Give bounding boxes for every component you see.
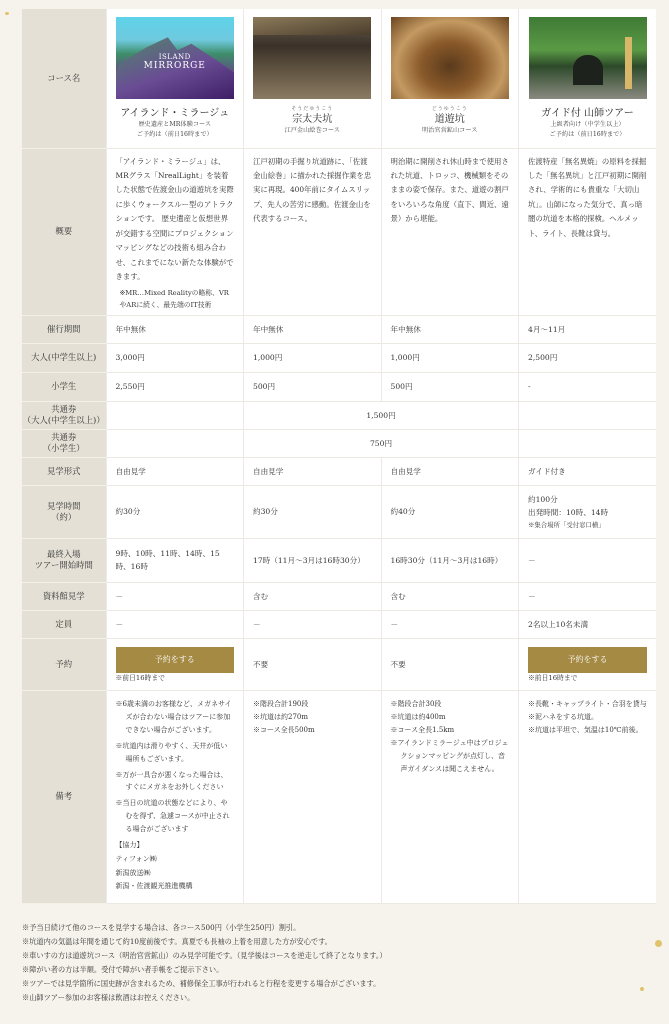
course-cell-soudayu: そうだゆうこう 宗太夫坑 江戸金山絵巻コース [244,9,382,148]
reservation-note: ※前日16時まで [116,673,235,684]
row-common-ticket-adult: 共通券 （大人(中学生以上)） 1,500円 [22,401,656,429]
course-name: 宗太夫坑 [252,113,373,126]
course-name: 道遊坑 [390,113,511,126]
footnote: ※山師ツアー参加のお客様は飲酒はお控えください。 [22,991,642,1005]
row-period: 催行期間 年中無休 年中無休 年中無休 4月～11月 [22,315,656,343]
cooperation-list: 【協力】 ティフォン㈱ 新潟放送㈱ 新潟・佐渡観光推進機構 [116,839,235,894]
reservation-not-required: 不要 [381,638,519,690]
course-ruby: どうゆうこう [390,107,511,112]
capacity: － [244,610,382,638]
reservation-not-required: 不要 [244,638,382,690]
remarks-list: ※長靴・キャップライト・合羽を貸与 ※泥ハネをする坑道。 ※坑道は平坦で、気温は… [528,698,647,737]
course-subtitle: 江戸金山絵巻コース [252,126,373,136]
row-overview: 概要 「アイランド・ミラージュ」は、MRグラス「NrealLight」を装着した… [22,148,656,315]
decorative-sparkle [655,940,662,947]
capacity: － [381,610,519,638]
remark-item: ※坑道内は滑りやすく、天井が低い場所もございます。 [116,740,235,766]
row-duration: 見学時間 （約） 約30分 約30分 約40分 約100分 出発時間：10時、1… [22,485,656,538]
course-cell-yamashi-tour: ガイド付 山師ツアー 上級者向け（中学生以上） ご予約は（前日16時まで） [519,9,657,148]
footnote: ※障がい者の方は半額。受付で障がい者手帳をご提示下さい。 [22,963,642,977]
row-reservation: 予約 予約をする ※前日16時まで 不要 不要 予約をする ※前日16時まで [22,638,656,690]
row-header-common-child: 共通券 （小学生） [22,429,106,457]
reservation-note: ※前日16時まで [528,673,647,684]
child-price: 2,550円 [106,372,244,401]
row-header-last-entry: 最終入場 ツアー開始時間 [22,538,106,582]
reserve-button-island-mirage[interactable]: 予約をする [116,647,235,673]
course-subtitle: 上級者向け（中学生以上） [527,120,648,130]
remark-item: ※坑道は約270m [253,711,372,724]
footnote: ※ツアーでは見学箇所に国史跡が含まれるため、補修保全工事が行われると行程を変更す… [22,977,642,991]
remark-item: ※階段合計190段 [253,698,372,711]
course-subtitle: 歴史遺産とMR体験コース [115,120,236,130]
row-header-duration: 見学時間 （約） [22,485,106,538]
remarks-list: ※6歳未満のお客様など、メガネサイズが合わない場合はツアーに参加できない場合がご… [116,698,235,836]
visit-format: 自由見学 [106,457,244,485]
course-subtitle: 明治官営鉱山コース [390,126,511,136]
visit-duration: 約30分 [244,485,382,538]
row-header-adult: 大人(中学生以上) [22,343,106,372]
remark-item: ※コース全長500m [253,724,372,737]
visit-duration: 約40分 [381,485,519,538]
row-header-child: 小学生 [22,372,106,401]
last-entry-time: 9時、10時、11時、14時、15時、16時 [106,538,244,582]
footnotes: ※予当日続けて他のコースを見学する場合は、各コース500円（小学生250円）割引… [22,921,642,1005]
last-entry-time: － [519,538,657,582]
remarks-list: ※階段合計30段 ※坑道は約400m ※コース全長1.5km ※アイランドミラー… [391,698,510,776]
last-entry-time: 16時30分（11月～3月は16時） [381,538,519,582]
row-course-name: コース名 ISLAND MIRRORGE アイランド・ミラージュ 歴史遺産とMR… [22,9,656,148]
remark-item: ※アイランドミラージュ中はプロジェクションマッピングが点灯し、音声ガイダンスは聞… [391,737,510,776]
douyu-mine-image [391,17,509,99]
child-price: 500円 [381,372,519,401]
capacity: 2名以上10名未満 [519,610,657,638]
course-period: 年中無休 [381,315,519,343]
remark-item: ※坑道は約400m [391,711,510,724]
course-ruby: そうだゆうこう [252,107,373,112]
cooperation-item: ティフォン㈱ [116,853,235,867]
visit-format: 自由見学 [244,457,382,485]
row-adult-price: 大人(中学生以上) 3,000円 1,000円 1,000円 2,500円 [22,343,656,372]
common-ticket-adult-price: 1,500円 [244,401,519,429]
decorative-sparkle [5,12,9,15]
common-ticket-empty [519,429,657,457]
course-name: ガイド付 山師ツアー [527,107,648,120]
row-header-format: 見学形式 [22,457,106,485]
adult-price: 1,000円 [244,343,382,372]
remark-item: ※長靴・キャップライト・合羽を貸与 [528,698,647,711]
course-reservation-deadline: ご予約は（前日16時まで） [115,130,236,140]
yamashi-tour-image [529,17,647,99]
footnote: ※坑道内の気温は年間を通じて約10度前後です。真夏でも長袖の上着を用意した方が安… [22,935,642,949]
visit-duration: 約30分 [106,485,244,538]
common-ticket-child-price: 750円 [244,429,519,457]
row-header-common-adult: 共通券 （大人(中学生以上)） [22,401,106,429]
course-cell-douyu: どうゆうこう 道遊坑 明治官営鉱山コース [381,9,519,148]
remark-item: ※6歳未満のお客様など、メガネサイズが合わない場合はツアーに参加できない場合がご… [116,698,235,737]
row-header-museum: 資料館見学 [22,582,106,610]
footnote: ※車いすの方は道遊坑コース（明治官営鉱山）のみ見学可能です。（見学後はコースを逆… [22,949,642,963]
adult-price: 3,000円 [106,343,244,372]
remark-item: ※万が一具合が悪くなった場合は、すぐにメガネをお外しください [116,769,235,795]
museum-visit: 含む [381,582,519,610]
adult-price: 1,000円 [381,343,519,372]
remark-item: ※坑道は平坦で、気温は10℃前後。 [528,724,647,737]
visit-format: 自由見学 [381,457,519,485]
row-common-ticket-child: 共通券 （小学生） 750円 [22,429,656,457]
course-reservation-deadline: ご予約は（前日16時まで） [527,130,648,140]
common-ticket-empty [519,401,657,429]
child-price: - [519,372,657,401]
museum-visit: 含む [244,582,382,610]
course-overview: 江戸初期の手掘り坑道跡に、「佐渡金山絵巻」に描かれた採掘作業を忠実に再現。400… [253,155,372,227]
child-price: 500円 [244,372,382,401]
row-header-capacity: 定員 [22,610,106,638]
remarks-list: ※階段合計190段 ※坑道は約270m ※コース全長500m [253,698,372,737]
departure-times: 出発時間：10時、14時 [528,506,647,519]
remark-item: ※泥ハネをする坑道。 [528,711,647,724]
museum-visit: － [519,582,657,610]
course-overview: 明治期に開削され休山時まで使用された坑道、トロッコ、機械類をそのままの姿で保存。… [391,155,510,227]
footnote: ※予当日続けて他のコースを見学する場合は、各コース500円（小学生250円）割引… [22,921,642,935]
island-mirage-image: ISLAND MIRRORGE [116,17,234,99]
meeting-place-note: ※集合場所「受付窓口横」 [528,520,647,531]
row-header-overview: 概要 [22,148,106,315]
reserve-button-yamashi-tour[interactable]: 予約をする [528,647,647,673]
row-remarks: 備考 ※6歳未満のお客様など、メガネサイズが合わない場合はツアーに参加できない場… [22,690,656,903]
remark-item: ※当日の坑道の状態などにより、やむを得ず、急遽コースが中止される場合がございます [116,797,235,836]
course-overview: 佐渡特産「無名異焼」の原料を採掘した「無名異坑」と江戸初期に開削され、学術的にも… [528,155,647,242]
remark-item: ※コース全長1.5km [391,724,510,737]
course-overview: 「アイランド・ミラージュ」は、MRグラス「NrealLight」を装着した状態で… [116,155,235,285]
adult-price: 2,500円 [519,343,657,372]
island-mirage-logo: ISLAND MIRRORGE [116,53,234,72]
common-ticket-empty [106,429,244,457]
course-overview-note: ※MR…Mixed Realityの略称、VRやARに続く、最先端のIT技術 [116,288,235,310]
course-comparison-table: コース名 ISLAND MIRRORGE アイランド・ミラージュ 歴史遺産とMR… [22,9,656,904]
visit-format: ガイド付き [519,457,657,485]
row-header-remarks: 備考 [22,690,106,903]
row-format: 見学形式 自由見学 自由見学 自由見学 ガイド付き [22,457,656,485]
row-header-reservation: 予約 [22,638,106,690]
cooperation-item: 新潟放送㈱ [116,867,235,881]
row-header-period: 催行期間 [22,315,106,343]
visit-duration-guided: 約100分 出発時間：10時、14時 ※集合場所「受付窓口横」 [519,485,657,538]
common-ticket-empty [106,401,244,429]
course-cell-island-mirage: ISLAND MIRRORGE アイランド・ミラージュ 歴史遺産とMR体験コース… [106,9,244,148]
museum-visit: － [106,582,244,610]
row-capacity: 定員 － － － 2名以上10名未満 [22,610,656,638]
remark-item: ※階段合計30段 [391,698,510,711]
row-last-entry: 最終入場 ツアー開始時間 9時、10時、11時、14時、15時、16時 17時（… [22,538,656,582]
capacity: － [106,610,244,638]
row-child-price: 小学生 2,550円 500円 500円 - [22,372,656,401]
cooperation-title: 【協力】 [116,839,235,853]
row-museum: 資料館見学 － 含む 含む － [22,582,656,610]
course-period: 年中無休 [106,315,244,343]
course-period: 年中無休 [244,315,382,343]
row-header-course-name: コース名 [22,9,106,148]
course-name: アイランド・ミラージュ [115,107,236,120]
last-entry-time: 17時（11月～3月は16時30分） [244,538,382,582]
cooperation-item: 新潟・佐渡観光推進機構 [116,880,235,894]
course-period: 4月～11月 [519,315,657,343]
soudayu-mine-image [253,17,371,99]
